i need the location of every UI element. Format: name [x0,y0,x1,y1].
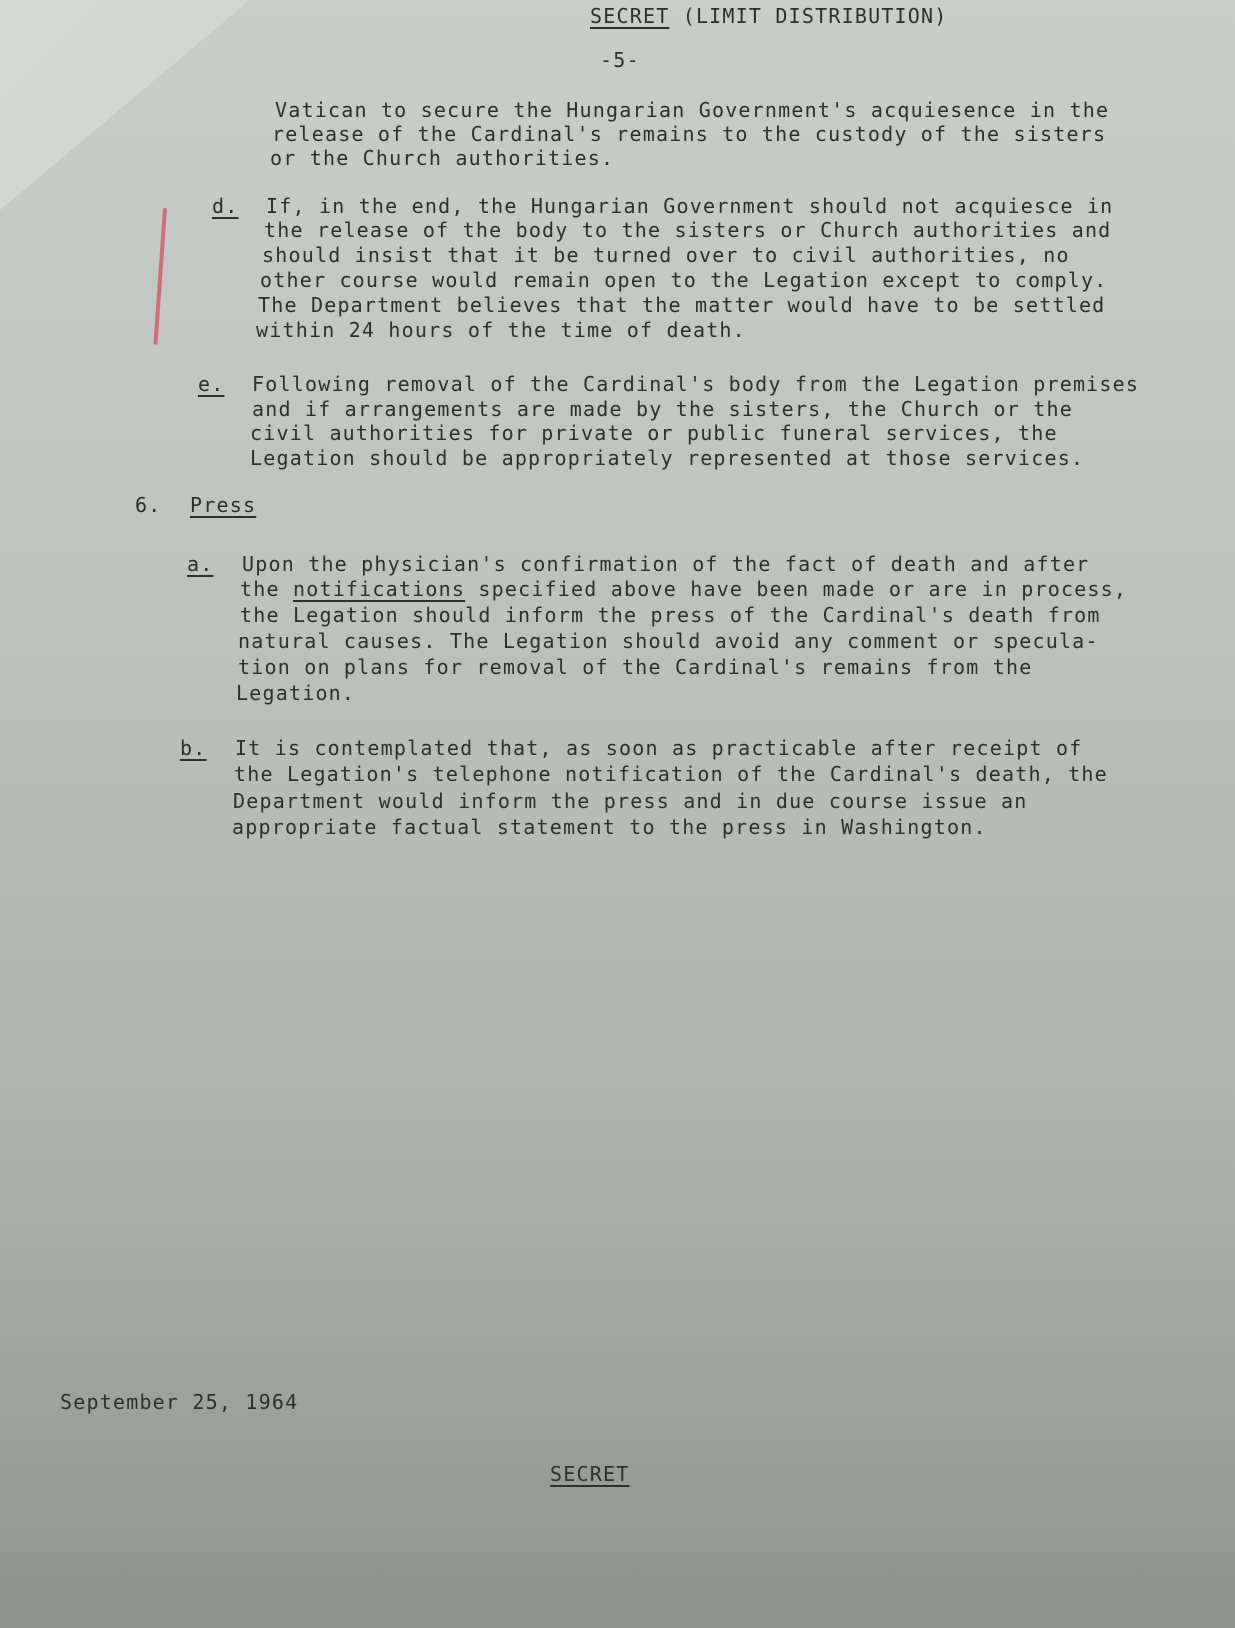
text-line: natural causes. The Legation should avoi… [238,629,1099,653]
text-line: release of the Cardinal's remains to the… [272,122,1106,146]
item-marker: b. [180,736,206,760]
underlined-word: notifications [293,577,465,601]
text-line: within 24 hours of the time of death. [256,318,746,342]
footer-classification: SECRET [550,1462,629,1486]
text-line: Legation should be appropriately represe… [250,446,1084,470]
text-line: The Department believes that the matter … [258,293,1105,317]
section-title: Press [190,493,256,517]
margin-annotation-mark [153,208,167,345]
text-line: civil authorities for private or public … [250,421,1058,445]
header-classification: SECRET (LIMIT DISTRIBUTION) [590,4,948,28]
item-marker: e. [198,372,224,396]
folded-page-corner [0,0,260,260]
text-line: If, in the end, the Hungarian Government… [266,194,1113,218]
text-line: Department would inform the press and in… [233,789,1027,813]
text-line: Upon the physician's confirmation of the… [242,552,1089,576]
text-line: appropriate factual statement to the pre… [232,815,987,839]
text-line: or the Church authorities. [270,146,614,170]
document-date: September 25, 1964 [60,1390,298,1414]
item-marker: d. [212,194,238,218]
text-line: Legation. [236,681,355,705]
text-line: It is contemplated that, as soon as prac… [235,736,1082,760]
section-number: 6. [135,493,161,517]
classification-qualifier: (LIMIT DISTRIBUTION) [683,4,948,28]
text-line: the Legation's telephone notification of… [234,762,1108,786]
text-line: should insist that it be turned over to … [262,243,1070,267]
classification-label: SECRET [590,4,669,28]
text-line: the notifications specified above have b… [240,577,1127,601]
item-marker: a. [187,552,213,576]
text-line: the release of the body to the sisters o… [264,218,1111,242]
text-line: tion on plans for removal of the Cardina… [238,655,1032,679]
text-fragment: the [240,577,293,601]
text-fragment: specified above have been made or are in… [465,577,1127,601]
text-line: Following removal of the Cardinal's body… [252,372,1139,396]
text-line: the Legation should inform the press of … [240,603,1101,627]
text-line: and if arrangements are made by the sist… [252,397,1073,421]
page-number: -5- [600,48,640,72]
text-line: other course would remain open to the Le… [260,268,1107,292]
text-line: Vatican to secure the Hungarian Governme… [275,98,1109,122]
